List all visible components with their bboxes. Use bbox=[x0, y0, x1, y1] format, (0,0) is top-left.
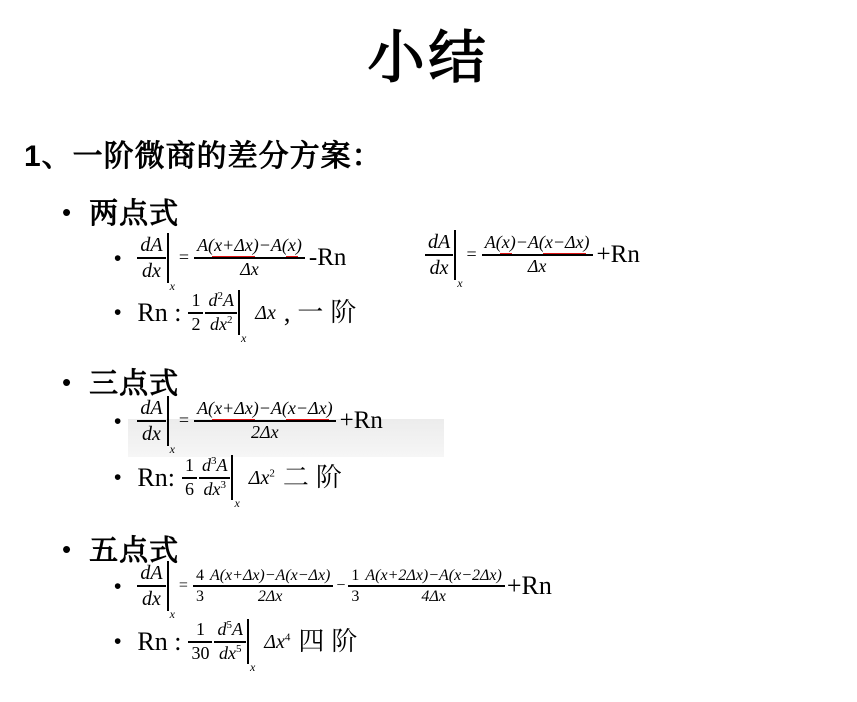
fraction-numerator: dA bbox=[425, 230, 453, 254]
fraction-denominator: dx bbox=[139, 587, 164, 611]
fraction-numerator: dA bbox=[137, 233, 165, 257]
eval-bar: x bbox=[238, 290, 245, 335]
formula-forward-difference: dA dx x = A(x+Δx)−A(x) Δx -Rn bbox=[137, 233, 346, 283]
slide: 小结 1、一阶微商的差分方案： • 两点式 • dA dx x = A(x+Δx… bbox=[0, 0, 857, 702]
order-label: 二阶 bbox=[283, 462, 349, 493]
derivative-fraction: dA dx bbox=[137, 396, 165, 446]
coefficient-fraction: 1 2 bbox=[188, 290, 203, 335]
bullet-icon: • bbox=[62, 369, 71, 395]
coefficient-fraction: 1 3 bbox=[348, 566, 362, 606]
fraction-denominator: dx bbox=[139, 422, 164, 446]
coefficient-fraction: 1 6 bbox=[182, 455, 197, 500]
coefficient-fraction: 1 30 bbox=[188, 619, 212, 664]
remainder-two-point: Rn : 1 2 d2A dx2 x Δx ,一阶 bbox=[137, 290, 363, 335]
bullet-icon: • bbox=[114, 631, 121, 652]
formula-row-five-point: • dA dx x = 4 3 A(x+Δx)−A(x−Δx) 2Δx bbox=[114, 561, 552, 611]
fraction-denominator: 4Δx bbox=[418, 587, 449, 606]
derivative-fraction: d3A dx3 bbox=[199, 455, 231, 500]
remainder-term: +Rn bbox=[597, 240, 640, 270]
formula-five-point: dA dx x = 4 3 A(x+Δx)−A(x−Δx) 2Δx − 1 bbox=[137, 561, 552, 611]
remainder-term: -Rn bbox=[309, 243, 347, 273]
formula-central-difference: dA dx x = A(x+Δx)−A(x−Δx) 2Δx +Rn bbox=[137, 396, 383, 446]
eval-bar: x bbox=[231, 455, 238, 500]
eval-subscript: x bbox=[241, 332, 246, 344]
remainder-five-point: Rn : 1 30 d5A dx5 x Δx4 四阶 bbox=[137, 619, 364, 664]
fraction-denominator: dx bbox=[139, 259, 164, 283]
derivative-lhs: d5A dx5 x bbox=[214, 619, 254, 664]
red-underline: x+Δx bbox=[212, 398, 255, 422]
derivative-fraction: d2A dx2 bbox=[205, 290, 237, 335]
fraction-denominator: 2Δx bbox=[248, 422, 282, 444]
fraction-numerator: A(x+Δx)−A(x−Δx) bbox=[207, 566, 333, 585]
fraction-denominator: dx2 bbox=[207, 314, 236, 336]
fraction-numerator: dA bbox=[137, 561, 165, 585]
derivative-fraction: dA dx bbox=[137, 233, 165, 283]
remainder-label: Rn : bbox=[137, 297, 181, 328]
remainder-term: +Rn bbox=[340, 406, 383, 436]
formula-row-forward-difference: • dA dx x = A(x+Δx)−A(x) Δx -Rn bbox=[114, 233, 346, 283]
order-label: 四阶 bbox=[298, 626, 364, 657]
order-term: Δx bbox=[255, 301, 276, 325]
eval-subscript: x bbox=[170, 443, 175, 455]
remainder-three-point: Rn: 1 6 d3A dx3 x Δx2 二阶 bbox=[137, 455, 349, 500]
minus-sign: − bbox=[336, 576, 345, 595]
difference-fraction: A(x+Δx)−A(x) Δx bbox=[194, 235, 305, 280]
numbered-heading: 1、一阶微商的差分方案： bbox=[24, 131, 383, 175]
bullet-icon: • bbox=[114, 467, 121, 488]
derivative-lhs: dA dx x bbox=[137, 396, 174, 446]
fraction-numerator: A(x+Δx)−A(x−Δx) bbox=[194, 398, 336, 420]
section-label-two-point: 两点式 bbox=[89, 191, 179, 232]
eval-bar: x bbox=[454, 230, 461, 280]
equals-sign: = bbox=[467, 244, 477, 266]
remainder-label: Rn: bbox=[137, 462, 175, 493]
remainder-term: +Rn bbox=[507, 570, 552, 601]
fraction-numerator: d3A bbox=[199, 455, 231, 477]
bullet-icon: • bbox=[114, 248, 121, 269]
bullet-icon: • bbox=[114, 411, 121, 432]
fraction-denominator: Δx bbox=[525, 256, 550, 278]
derivative-fraction: dA dx bbox=[137, 561, 165, 611]
bullet-icon: • bbox=[62, 199, 71, 225]
difference-fraction: A(x)−A(x−Δx) Δx bbox=[482, 232, 593, 277]
remainder-label: Rn : bbox=[137, 626, 181, 657]
derivative-lhs: dA dx x bbox=[137, 561, 174, 611]
red-underline: x−Δx bbox=[543, 232, 586, 256]
derivative-fraction: dA dx bbox=[425, 230, 453, 280]
slide-title: 小结 bbox=[0, 26, 857, 92]
formula-row-backward-difference: dA dx x = A(x)−A(x−Δx) Δx +Rn bbox=[425, 230, 640, 280]
red-underline: x+Δx bbox=[212, 235, 255, 259]
equals-sign: = bbox=[179, 247, 189, 269]
eval-bar: x bbox=[167, 561, 174, 611]
fraction-numerator: A(x)−A(x−Δx) bbox=[482, 232, 593, 254]
derivative-lhs: dA dx x bbox=[137, 233, 174, 283]
section-two-point: • 两点式 bbox=[62, 191, 179, 232]
bullet-icon: • bbox=[62, 536, 71, 562]
remainder-row-two-point: • Rn : 1 2 d2A dx2 x Δx ,一阶 bbox=[114, 290, 363, 335]
difference-fraction: A(x+2Δx)−A(x−2Δx) 4Δx bbox=[362, 566, 504, 606]
equals-sign: = bbox=[179, 410, 189, 432]
fraction-numerator: A(x+Δx)−A(x) bbox=[194, 235, 305, 257]
fraction-numerator: dA bbox=[137, 396, 165, 420]
eval-subscript: x bbox=[457, 277, 462, 289]
formula-backward-difference: dA dx x = A(x)−A(x−Δx) Δx +Rn bbox=[425, 230, 640, 280]
fraction-denominator: dx3 bbox=[200, 479, 229, 501]
bullet-icon: • bbox=[114, 576, 121, 597]
coefficient-fraction: 4 3 bbox=[193, 566, 207, 606]
eval-bar: x bbox=[247, 619, 254, 664]
fraction-denominator: Δx bbox=[237, 259, 262, 281]
fraction-denominator: 2Δx bbox=[255, 587, 286, 606]
formula-row-central-difference: • dA dx x = A(x+Δx)−A(x−Δx) 2Δx +Rn bbox=[114, 396, 383, 446]
fraction-numerator: d2A bbox=[205, 290, 237, 312]
equals-sign: = bbox=[179, 576, 188, 595]
eval-bar: x bbox=[167, 233, 174, 283]
derivative-lhs: d2A dx2 x bbox=[205, 290, 245, 335]
red-underline: x−Δx bbox=[286, 398, 329, 422]
bullet-icon: • bbox=[114, 302, 121, 323]
order-label: ,一阶 bbox=[284, 297, 364, 328]
eval-bar: x bbox=[167, 396, 174, 446]
remainder-row-three-point: • Rn: 1 6 d3A dx3 x Δx2 二阶 bbox=[114, 455, 349, 500]
fraction-numerator: A(x+2Δx)−A(x−2Δx) bbox=[362, 566, 504, 585]
derivative-lhs: dA dx x bbox=[425, 230, 462, 280]
eval-subscript: x bbox=[250, 661, 255, 673]
fraction-denominator: dx bbox=[427, 256, 452, 280]
derivative-fraction: d5A dx5 bbox=[214, 619, 246, 664]
order-term: Δx2 bbox=[249, 466, 275, 490]
fraction-denominator: dx5 bbox=[216, 643, 245, 665]
difference-fraction: A(x+Δx)−A(x−Δx) 2Δx bbox=[194, 398, 336, 443]
order-term: Δx4 bbox=[264, 630, 290, 654]
difference-fraction: A(x+Δx)−A(x−Δx) 2Δx bbox=[207, 566, 333, 606]
remainder-row-five-point: • Rn : 1 30 d5A dx5 x Δx4 四阶 bbox=[114, 619, 364, 664]
derivative-lhs: d3A dx3 x bbox=[199, 455, 239, 500]
eval-subscript: x bbox=[234, 497, 239, 509]
fraction-numerator: d5A bbox=[214, 619, 246, 641]
